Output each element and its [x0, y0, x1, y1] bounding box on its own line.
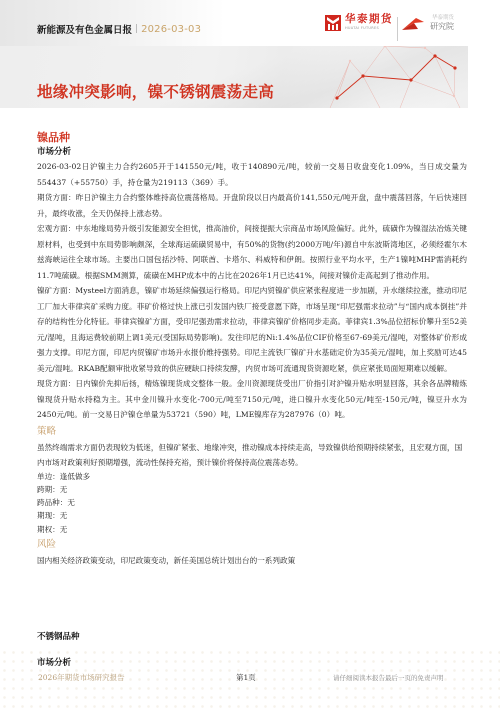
page-footer: 2026年期货市场研究报告 第1页 请仔细阅读本报告最后一页的免责声明	[0, 672, 500, 686]
nickel-market-analysis-title: 市场分析	[37, 146, 467, 159]
footer-report-name: 2026年期货市场研究报告	[38, 672, 125, 683]
research-institute-logo: 华泰期货 研究院	[402, 15, 454, 32]
huatai-futures-logo: 华泰期货 HUATAI FUTURES	[325, 14, 393, 31]
nickel-paragraph-summary: 2026-03-02日沪镍主力合约2605开于141550元/吨，收于14089…	[37, 159, 467, 190]
nickel-section: 镍品种 市场分析 2026-03-02日沪镍主力合约2605开于141550元/…	[37, 130, 467, 569]
risk-text: 国内相关经济政策变动，印尼政策变动，新任美国总统计划出台的一系列政策	[37, 553, 467, 569]
research-arrow-icon	[402, 17, 424, 31]
logo-en-text: HUATAI FUTURES	[345, 26, 393, 31]
research-main-text: 研究院	[430, 22, 454, 32]
footer-disclaimer: 请仔细阅读本报告最后一页的免责声明	[333, 673, 444, 682]
stainless-market-analysis-title: 市场分析	[37, 656, 71, 668]
nickel-paragraph-spot: 现货方面：日内镍价先抑后扬，精炼镍现货成交整体一般。金川资源现货受出厂价指引对沪…	[37, 376, 467, 423]
report-header: 新能源及有色金属日报 | 2026-03-03	[37, 22, 201, 36]
page-title: 地缘冲突影响，镍不锈钢震荡走高	[37, 80, 274, 102]
report-name: 新能源及有色金属日报	[37, 22, 132, 36]
page-number: 第1页	[236, 672, 256, 683]
header-separator: |	[135, 24, 138, 34]
strategy-item-basis: 期现：无	[37, 509, 467, 522]
stainless-section-title: 不锈钢品种	[37, 630, 80, 642]
huatai-logo-icon	[325, 15, 341, 31]
strategy-item-single: 单边：逢低做多	[37, 470, 467, 483]
nickel-paragraph-macro: 宏观方面：中东地缘局势升级引发能源安全担忧，推高油价，间接提振大宗商品市场风险偏…	[37, 221, 467, 283]
strategy-item-cross-variety: 跨品种：无	[37, 496, 467, 509]
strategy-item-calendar: 跨期：无	[37, 483, 467, 496]
report-date: 2026-03-03	[141, 24, 201, 35]
network-graphic-icon	[320, 46, 468, 108]
strategy-item-options: 期权：无	[37, 523, 467, 536]
logo-cn-text: 华泰期货	[345, 14, 393, 25]
strategy-title: 策略	[37, 423, 467, 440]
nickel-paragraph-ore: 镍矿方面：Mysteel方面消息，镍矿市场延续偏强运行格局。印尼内贸镍矿供应紧张…	[37, 283, 467, 376]
nickel-paragraph-futures: 期货方面：昨日沪镍主力合约整体维持高位震荡格局。开盘阶段以日内最高价141,55…	[37, 190, 467, 221]
strategy-text: 虽然终端需求方面仍表现较为低迷，但镍矿紧张、地缘冲突，推动镍成本持续走高，导致镍…	[37, 440, 467, 470]
research-sub-text: 华泰期货	[432, 15, 454, 22]
logo-divider	[397, 17, 398, 41]
nickel-section-title: 镍品种	[37, 130, 467, 146]
risk-title: 风险	[37, 536, 467, 553]
